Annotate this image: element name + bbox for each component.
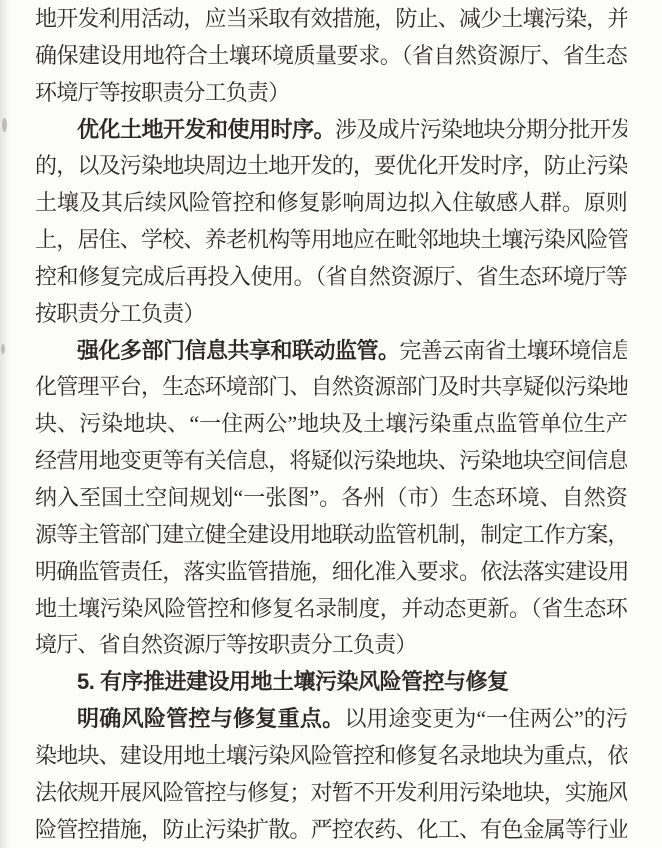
text-line: 经营用地变更等有关信息，将疑似污染地块、污染地块空间信息 bbox=[35, 443, 627, 480]
scan-speck bbox=[1, 344, 5, 354]
body-text-segment: 控和修复完成后再投入使用。（省自然资源厅、省生态环境厅等 bbox=[35, 264, 627, 289]
scan-speck bbox=[2, 118, 7, 132]
text-line: 化管理平台，生态环境部门、自然资源部门及时共享疑似污染地 bbox=[35, 369, 627, 406]
text-line: 法依规开展风险管控与修复；对暂不开发利用污染地块，实施风 bbox=[35, 775, 627, 812]
text-line: 按职责分工负责） bbox=[35, 296, 627, 333]
document-text-column: 地开发利用活动，应当采取有效措施，防止、减少土壤污染，并 确保建设用地符合土壤环… bbox=[35, 1, 627, 848]
text-line: 控和修复完成后再投入使用。（省自然资源厅、省生态环境厅等 bbox=[35, 259, 627, 296]
text-line: 染地块、建设用地土壤污染风险管控和修复名录地块为重点，依 bbox=[35, 738, 627, 775]
text-line: 明确监管责任，落实监管措施，细化准入要求。依法落实建设用 bbox=[35, 554, 627, 591]
body-text-segment: 险管控措施，防止污染扩散。严控农药、化工、有色金属等行业 bbox=[35, 817, 627, 842]
body-text-segment: 按职责分工负责） bbox=[35, 301, 205, 326]
body-text-segment: 的，以及污染地块周边土地开发的，要优化开发时序，防止污染 bbox=[35, 153, 627, 178]
body-text-segment: 地土壤污染风险管控和修复名录制度，并动态更新。（省生态环 bbox=[35, 596, 627, 621]
text-line: 强化多部门信息共享和联动监管。完善云南省土壤环境信息 bbox=[35, 333, 627, 370]
body-text-segment: 以用途变更为“一住两公”的污 bbox=[344, 706, 627, 731]
text-line: 环境厅等按职责分工负责） bbox=[35, 75, 627, 112]
body-text-segment: 块、污染地块、“一住两公”地块及土壤污染重点监管单位生产 bbox=[35, 411, 627, 436]
text-line: 地开发利用活动，应当采取有效措施，防止、减少土壤污染，并 bbox=[35, 1, 627, 38]
text-line: 的，以及污染地块周边土地开发的，要优化开发时序，防止污染 bbox=[35, 148, 627, 185]
document-page: 地开发利用活动，应当采取有效措施，防止、减少土壤污染，并 确保建设用地符合土壤环… bbox=[0, 0, 662, 848]
text-line: 地土壤污染风险管控和修复名录制度，并动态更新。（省生态环 bbox=[35, 591, 627, 628]
body-text-segment: 涉及成片污染地块分期分批开发 bbox=[335, 117, 627, 142]
bold-heading-segment: 优化土地开发和使用时序。 bbox=[77, 117, 335, 142]
body-text-segment: 确保建设用地符合土壤环境质量要求。（省自然资源厅、省生态 bbox=[35, 43, 627, 68]
body-text-segment: 化管理平台，生态环境部门、自然资源部门及时共享疑似污染地 bbox=[35, 374, 627, 399]
body-text-segment: 土壤及其后续风险管控和修复影响周边拟入住敏感人群。原则 bbox=[35, 190, 627, 215]
body-text-segment: 明确监管责任，落实监管措施，细化准入要求。依法落实建设用 bbox=[35, 559, 627, 584]
text-line: 明确风险管控与修复重点。以用途变更为“一住两公”的污 bbox=[35, 701, 627, 738]
body-text-segment: 环境厅等按职责分工负责） bbox=[35, 80, 289, 105]
body-text-segment: 法依规开展风险管控与修复；对暂不开发利用污染地块，实施风 bbox=[35, 780, 627, 805]
bold-heading-segment: 明确风险管控与修复重点。 bbox=[77, 706, 344, 731]
bold-heading-segment: 5. 有序推进建设用地土壤污染风险管控与修复 bbox=[77, 669, 508, 694]
body-text-segment: 境厅、省自然资源厅等按职责分工负责） bbox=[35, 632, 417, 657]
text-line: 5. 有序推进建设用地土壤污染风险管控与修复 bbox=[35, 664, 627, 701]
text-line: 土壤及其后续风险管控和修复影响周边拟入住敏感人群。原则 bbox=[35, 185, 627, 222]
body-text-segment: 上，居住、学校、养老机构等用地应在毗邻地块土壤污染风险管 bbox=[35, 227, 627, 252]
text-line: 确保建设用地符合土壤环境质量要求。（省自然资源厅、省生态 bbox=[35, 38, 627, 75]
body-text-segment: 染地块、建设用地土壤污染风险管控和修复名录地块为重点，依 bbox=[35, 743, 627, 768]
text-line: 源等主管部门建立健全建设用地联动监管机制，制定工作方案， bbox=[35, 517, 627, 554]
bold-heading-segment: 强化多部门信息共享和联动监管。 bbox=[77, 338, 400, 363]
text-line: 境厅、省自然资源厅等按职责分工负责） bbox=[35, 627, 627, 664]
text-line: 优化土地开发和使用时序。涉及成片污染地块分期分批开发 bbox=[35, 112, 627, 149]
body-text-segment: 完善云南省土壤环境信息 bbox=[400, 338, 627, 363]
text-line: 险管控措施，防止污染扩散。严控农药、化工、有色金属等行业 bbox=[35, 812, 627, 848]
body-text-segment: 纳入至国土空间规划“一张图”。各州（市）生态环境、自然资 bbox=[35, 485, 627, 510]
text-line: 上，居住、学校、养老机构等用地应在毗邻地块土壤污染风险管 bbox=[35, 222, 627, 259]
body-text-segment: 源等主管部门建立健全建设用地联动监管机制，制定工作方案， bbox=[35, 522, 627, 547]
text-line: 纳入至国土空间规划“一张图”。各州（市）生态环境、自然资 bbox=[35, 480, 627, 517]
body-text-segment: 经营用地变更等有关信息，将疑似污染地块、污染地块空间信息 bbox=[35, 448, 627, 473]
text-line: 块、污染地块、“一住两公”地块及土壤污染重点监管单位生产 bbox=[35, 406, 627, 443]
body-text-segment: 地开发利用活动，应当采取有效措施，防止、减少土壤污染，并 bbox=[35, 6, 627, 31]
